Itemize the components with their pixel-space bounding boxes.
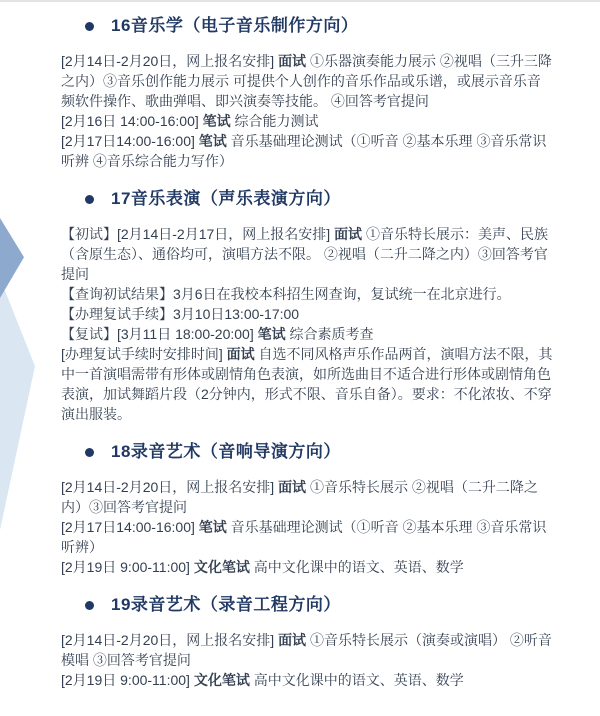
major-section: 18录音艺术（音响导演方向）[2月14日-2月20日，网上报名安排] 面试 ①音… bbox=[61, 440, 554, 577]
exam-entry: [2月14日-2月20日，网上报名安排] 面试 ①音乐特长展示（演奏或演唱） ②… bbox=[61, 630, 554, 670]
admissions-exam-schedule-page: 16音乐学（电子音乐制作方向）[2月14日-2月20日，网上报名安排] 面试 ①… bbox=[0, 0, 600, 716]
exam-entry: [2月16日 14:00-16:00] 笔试 综合能力测试 bbox=[61, 111, 554, 131]
exam-entry: [2月19日 9:00-11:00] 文化笔试 高中文化课中的语文、英语、数学 bbox=[61, 670, 554, 690]
section-title: 18录音艺术（音响导演方向） bbox=[111, 440, 341, 464]
entry-text: 【查询初试结果】3月6日在我校本科招生网查询，复试统一在北京进行。 bbox=[61, 286, 511, 302]
section-heading: 17音乐表演（声乐表演方向） bbox=[61, 187, 554, 211]
exam-entry: 【查询初试结果】3月6日在我校本科招生网查询，复试统一在北京进行。 bbox=[61, 284, 554, 304]
exam-type-label: 面试 bbox=[227, 346, 255, 362]
entry-text: 【复试】[3月11日 18:00-20:00] bbox=[61, 326, 258, 342]
section-heading: 18录音艺术（音响导演方向） bbox=[61, 440, 554, 464]
exam-entry: 【复试】[3月11日 18:00-20:00] 笔试 综合素质考查 bbox=[61, 324, 554, 344]
exam-entry: [2月14日-2月20日，网上报名安排] 面试 ①乐器演奏能力展示 ②视唱（三升… bbox=[61, 51, 554, 111]
major-section: 16音乐学（电子音乐制作方向）[2月14日-2月20日，网上报名安排] 面试 ①… bbox=[61, 14, 554, 171]
bullet-icon bbox=[85, 601, 94, 610]
entry-text: [办理复试手续时安排时间] bbox=[61, 346, 227, 362]
exam-type-label: 面试 bbox=[278, 479, 306, 495]
bullet-icon bbox=[85, 22, 94, 31]
exam-entry: 【初试】[2月14日-2月17日，网上报名安排] 面试 ①音乐特长展示：美声、民… bbox=[61, 224, 554, 284]
section-heading: 16音乐学（电子音乐制作方向） bbox=[61, 14, 554, 38]
exam-type-label: 面试 bbox=[278, 53, 306, 69]
entry-text: [2月19日 9:00-11:00] bbox=[61, 672, 194, 688]
exam-entry: [办理复试手续时安排时间] 面试 自选不同风格声乐作品两首，演唱方法不限，其中一… bbox=[61, 344, 554, 424]
sections-container: 16音乐学（电子音乐制作方向）[2月14日-2月20日，网上报名安排] 面试 ①… bbox=[0, 14, 600, 690]
entry-text: [2月14日-2月20日，网上报名安排] bbox=[61, 53, 278, 69]
major-section: 19录音艺术（录音工程方向）[2月14日-2月20日，网上报名安排] 面试 ①音… bbox=[61, 593, 554, 690]
entry-text: 综合能力测试 bbox=[231, 113, 319, 129]
exam-type-label: 笔试 bbox=[199, 133, 227, 149]
exam-entry: 【办理复试手续】3月10日13:00-17:00 bbox=[61, 304, 554, 324]
entry-text: [2月17日14:00-16:00] bbox=[61, 519, 199, 535]
entry-text: [2月19日 9:00-11:00] bbox=[61, 559, 194, 575]
section-title: 16音乐学（电子音乐制作方向） bbox=[111, 14, 358, 38]
entry-text: 高中文化课中的语文、英语、数学 bbox=[250, 672, 464, 688]
exam-entry: [2月19日 9:00-11:00] 文化笔试 高中文化课中的语文、英语、数学 bbox=[61, 557, 554, 577]
major-section: 17音乐表演（声乐表演方向）【初试】[2月14日-2月17日，网上报名安排] 面… bbox=[61, 187, 554, 424]
exam-entry: [2月14日-2月20日，网上报名安排] 面试 ①音乐特长展示 ②视唱（二升二降… bbox=[61, 477, 554, 517]
exam-type-label: 文化笔试 bbox=[194, 559, 250, 575]
exam-type-label: 笔试 bbox=[203, 113, 231, 129]
exam-type-label: 笔试 bbox=[258, 326, 286, 342]
exam-type-label: 文化笔试 bbox=[194, 672, 250, 688]
entry-text: [2月16日 14:00-16:00] bbox=[61, 113, 203, 129]
section-title: 19录音艺术（录音工程方向） bbox=[111, 593, 341, 617]
section-heading: 19录音艺术（录音工程方向） bbox=[61, 593, 554, 617]
entry-text: [2月17日14:00-16:00] bbox=[61, 133, 199, 149]
bullet-icon bbox=[85, 195, 94, 204]
bullet-icon bbox=[85, 448, 94, 457]
exam-type-label: 面试 bbox=[334, 226, 362, 242]
entry-text: 综合素质考查 bbox=[286, 326, 374, 342]
exam-type-label: 笔试 bbox=[199, 519, 227, 535]
entry-text: 高中文化课中的语文、英语、数学 bbox=[250, 559, 464, 575]
entry-text: [2月14日-2月20日，网上报名安排] bbox=[61, 632, 278, 648]
exam-entry: [2月17日14:00-16:00] 笔试 音乐基础理论测试（①听音 ②基本乐理… bbox=[61, 517, 554, 557]
exam-type-label: 面试 bbox=[278, 632, 306, 648]
entry-text: 【初试】[2月14日-2月17日，网上报名安排] bbox=[61, 226, 334, 242]
entry-text: [2月14日-2月20日，网上报名安排] bbox=[61, 479, 278, 495]
entry-text: 【办理复试手续】3月10日13:00-17:00 bbox=[61, 306, 299, 322]
exam-entry: [2月17日14:00-16:00] 笔试 音乐基础理论测试（①听音 ②基本乐理… bbox=[61, 131, 554, 171]
section-title: 17音乐表演（声乐表演方向） bbox=[111, 187, 341, 211]
